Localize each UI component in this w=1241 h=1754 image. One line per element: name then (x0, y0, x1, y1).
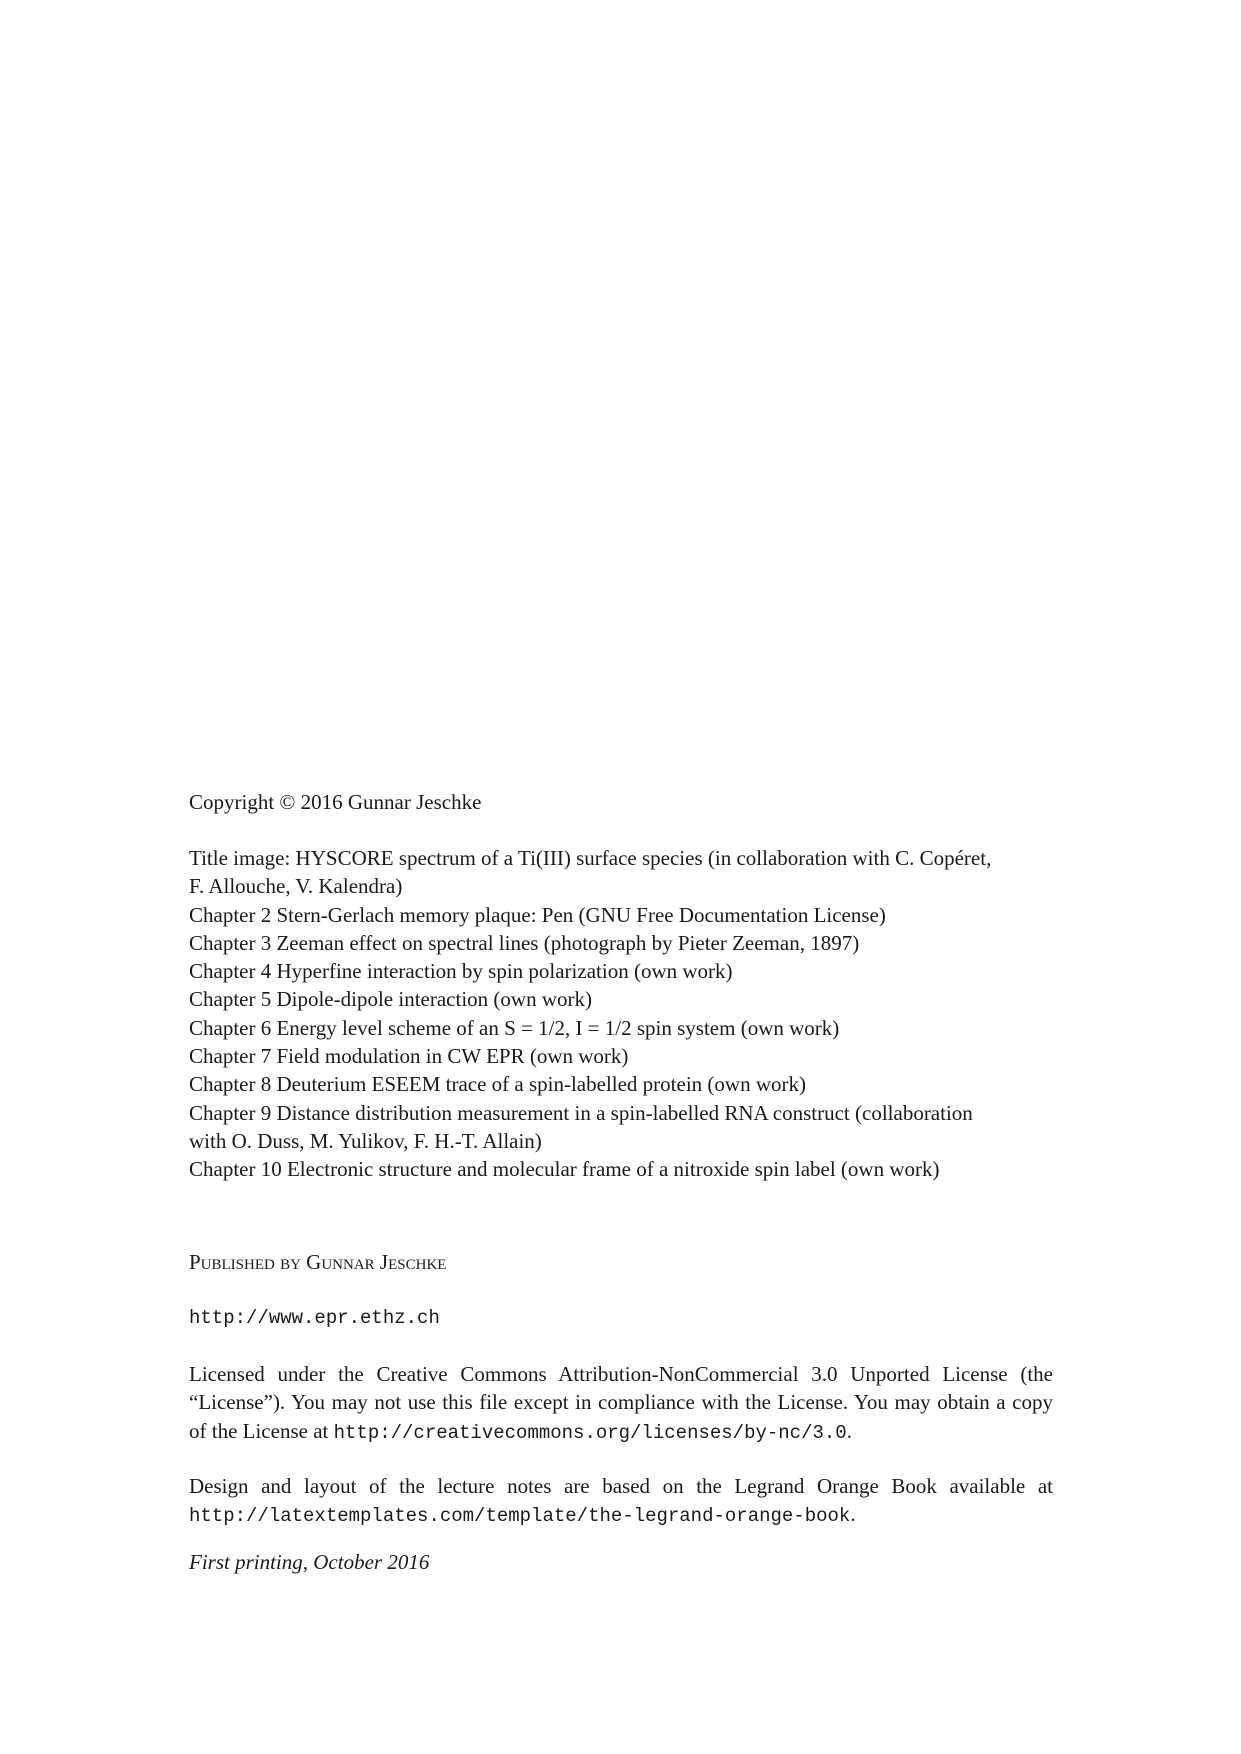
website-link[interactable]: http://www.epr.ethz.ch (189, 1304, 1053, 1332)
chapter-credit: Chapter 3 Zeeman effect on spectral line… (189, 929, 1053, 957)
title-image-credit-line2: F. Allouche, V. Kalendra) (189, 872, 1053, 900)
design-text: Design and layout of the lecture notes a… (189, 1474, 1053, 1498)
chapter-credit: Chapter 2 Stern-Gerlach memory plaque: P… (189, 901, 1053, 929)
chapter-credit: Chapter 7 Field modulation in CW EPR (ow… (189, 1042, 1053, 1070)
chapter-credit: with O. Duss, M. Yulikov, F. H.-T. Allai… (189, 1127, 1053, 1155)
license-paragraph: Licensed under the Creative Commons Attr… (189, 1360, 1053, 1447)
chapter-credit: Chapter 8 Deuterium ESEEM trace of a spi… (189, 1070, 1053, 1098)
license-url-link[interactable]: http://creativecommons.org/licenses/by-n… (334, 1422, 847, 1444)
chapter-credit: Chapter 10 Electronic structure and mole… (189, 1155, 1053, 1183)
design-period: . (850, 1502, 855, 1526)
chapter-credit: Chapter 9 Distance distribution measurem… (189, 1099, 1053, 1127)
publisher: Published by Gunnar Jeschke (189, 1248, 1053, 1276)
title-image-credit-line1: Title image: HYSCORE spectrum of a Ti(II… (189, 844, 1053, 872)
chapter-credit: Chapter 6 Energy level scheme of an S = … (189, 1014, 1053, 1042)
chapter-credit: Chapter 5 Dipole-dipole interaction (own… (189, 985, 1053, 1013)
chapter-credit: Chapter 4 Hyperfine interaction by spin … (189, 957, 1053, 985)
printing-notice: First printing, October 2016 (189, 1548, 1053, 1576)
image-credits: Title image: HYSCORE spectrum of a Ti(II… (189, 844, 1053, 1184)
license-period: . (847, 1419, 852, 1443)
design-url-link[interactable]: http://latextemplates.com/template/the-l… (189, 1505, 850, 1527)
design-paragraph: Design and layout of the lecture notes a… (189, 1472, 1053, 1531)
copyright-notice: Copyright © 2016 Gunnar Jeschke (189, 788, 1053, 816)
